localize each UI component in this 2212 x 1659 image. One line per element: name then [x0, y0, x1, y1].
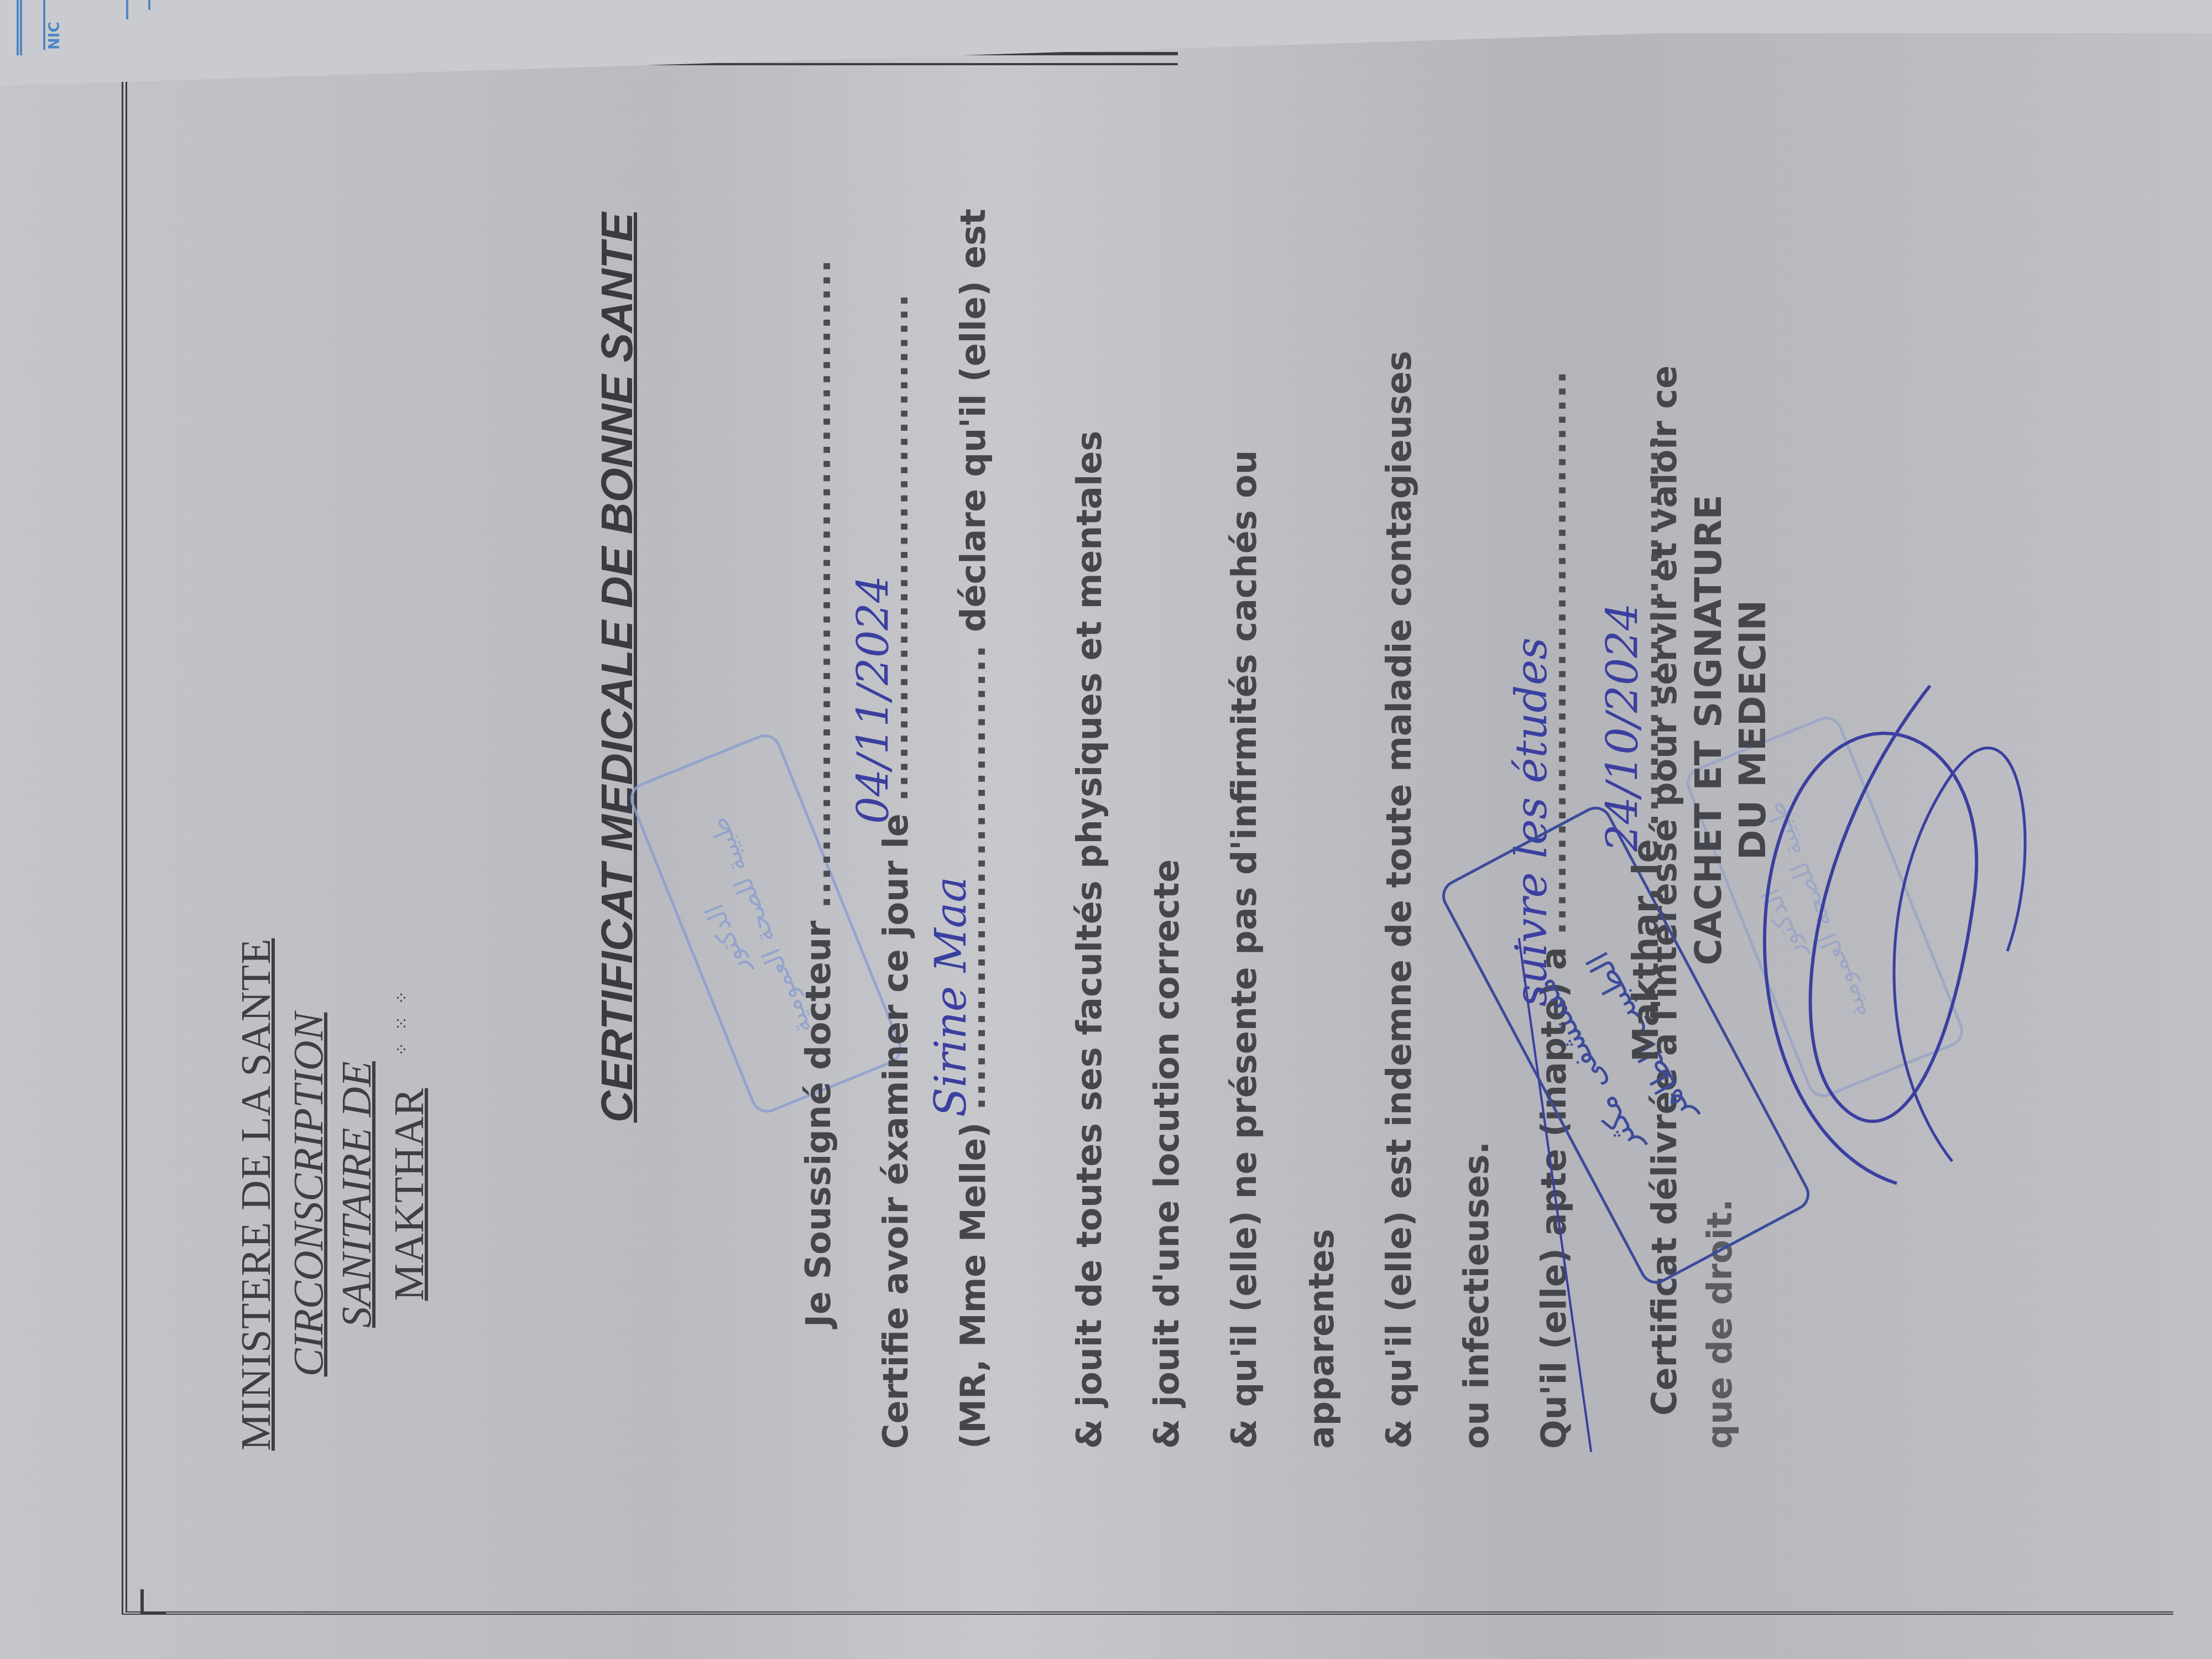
patient-line: (MR, Mme Melle) ........................…: [935, 66, 1012, 1449]
patient-label: (MR, Mme Melle): [953, 1122, 993, 1449]
declare-label: déclare qu'il (elle) est: [953, 208, 993, 632]
ink-specks: ⁘ ⁙ ⁘: [393, 988, 412, 1056]
certificate-paper: MINISTERE DE LA SANTE CIRCONSCRIPTION SA…: [0, 33, 2212, 1659]
signature-label-line1: CACHET ET SIGNATURE: [1687, 398, 1731, 1062]
certificate-page: MINISTERE DE LA SANTE CIRCONSCRIPTION SA…: [105, 66, 2151, 1615]
signature-label-line2: DU MEDECIN: [1731, 398, 1775, 1062]
place-label: Makthar, le: [1626, 839, 1667, 1062]
exam-date-label: Certifie avoir éxaminer ce jour le: [875, 813, 916, 1449]
circonscription-name: CIRCONSCRIPTION SANITAIRE DE: [285, 918, 381, 1471]
document-title: CERTIFICAT MEDICALE DE BONNE SANTE: [592, 212, 643, 1123]
signature-label: CACHET ET SIGNATURE DU MEDECIN: [1687, 398, 1775, 1062]
faculties-line: & jouit de toutes ses facultés physiques…: [1051, 66, 1128, 1449]
signature-block: Makthar, le ........................... …: [1626, 398, 1775, 1062]
doctor-label: Je Soussigné docteur: [798, 921, 838, 1327]
background-sheet-text: NIC: [46, 0, 63, 50]
background-rule: [43, 0, 45, 50]
contagious-line: & qu'il (elle) est indemne de toute mala…: [1360, 66, 1438, 1449]
handwritten-sign-date: 24/10/2024: [1598, 603, 1648, 852]
ministry-name: MINISTERE DE LA SANTE: [232, 918, 280, 1471]
background-rule: [20, 0, 22, 55]
aptitude-line: Qu'il (elle) apte (inapte) a ...........…: [1515, 66, 1593, 1449]
infirmities-line-cont: apparentes: [1283, 66, 1360, 1449]
locution-line: & jouit d'une locution correcte: [1128, 66, 1206, 1449]
infirmities-line: & qu'il (elle) ne présente pas d'infirmi…: [1206, 66, 1283, 1449]
background-rule: [17, 0, 19, 55]
handwritten-exam-date: 04/11/2024: [835, 575, 912, 824]
exam-date-line: Certifie avoir éxaminer ce jour le .....…: [857, 66, 935, 1449]
handwritten-patient-name: Sirine Maa: [912, 877, 990, 1117]
place-date-line: Makthar, le ........................... …: [1626, 398, 1667, 1062]
background-rule: [126, 0, 128, 19]
background-rule: [148, 0, 150, 10]
frame-corner-ornament: [140, 1589, 166, 1615]
doctor-field: ........................................…: [798, 259, 838, 909]
